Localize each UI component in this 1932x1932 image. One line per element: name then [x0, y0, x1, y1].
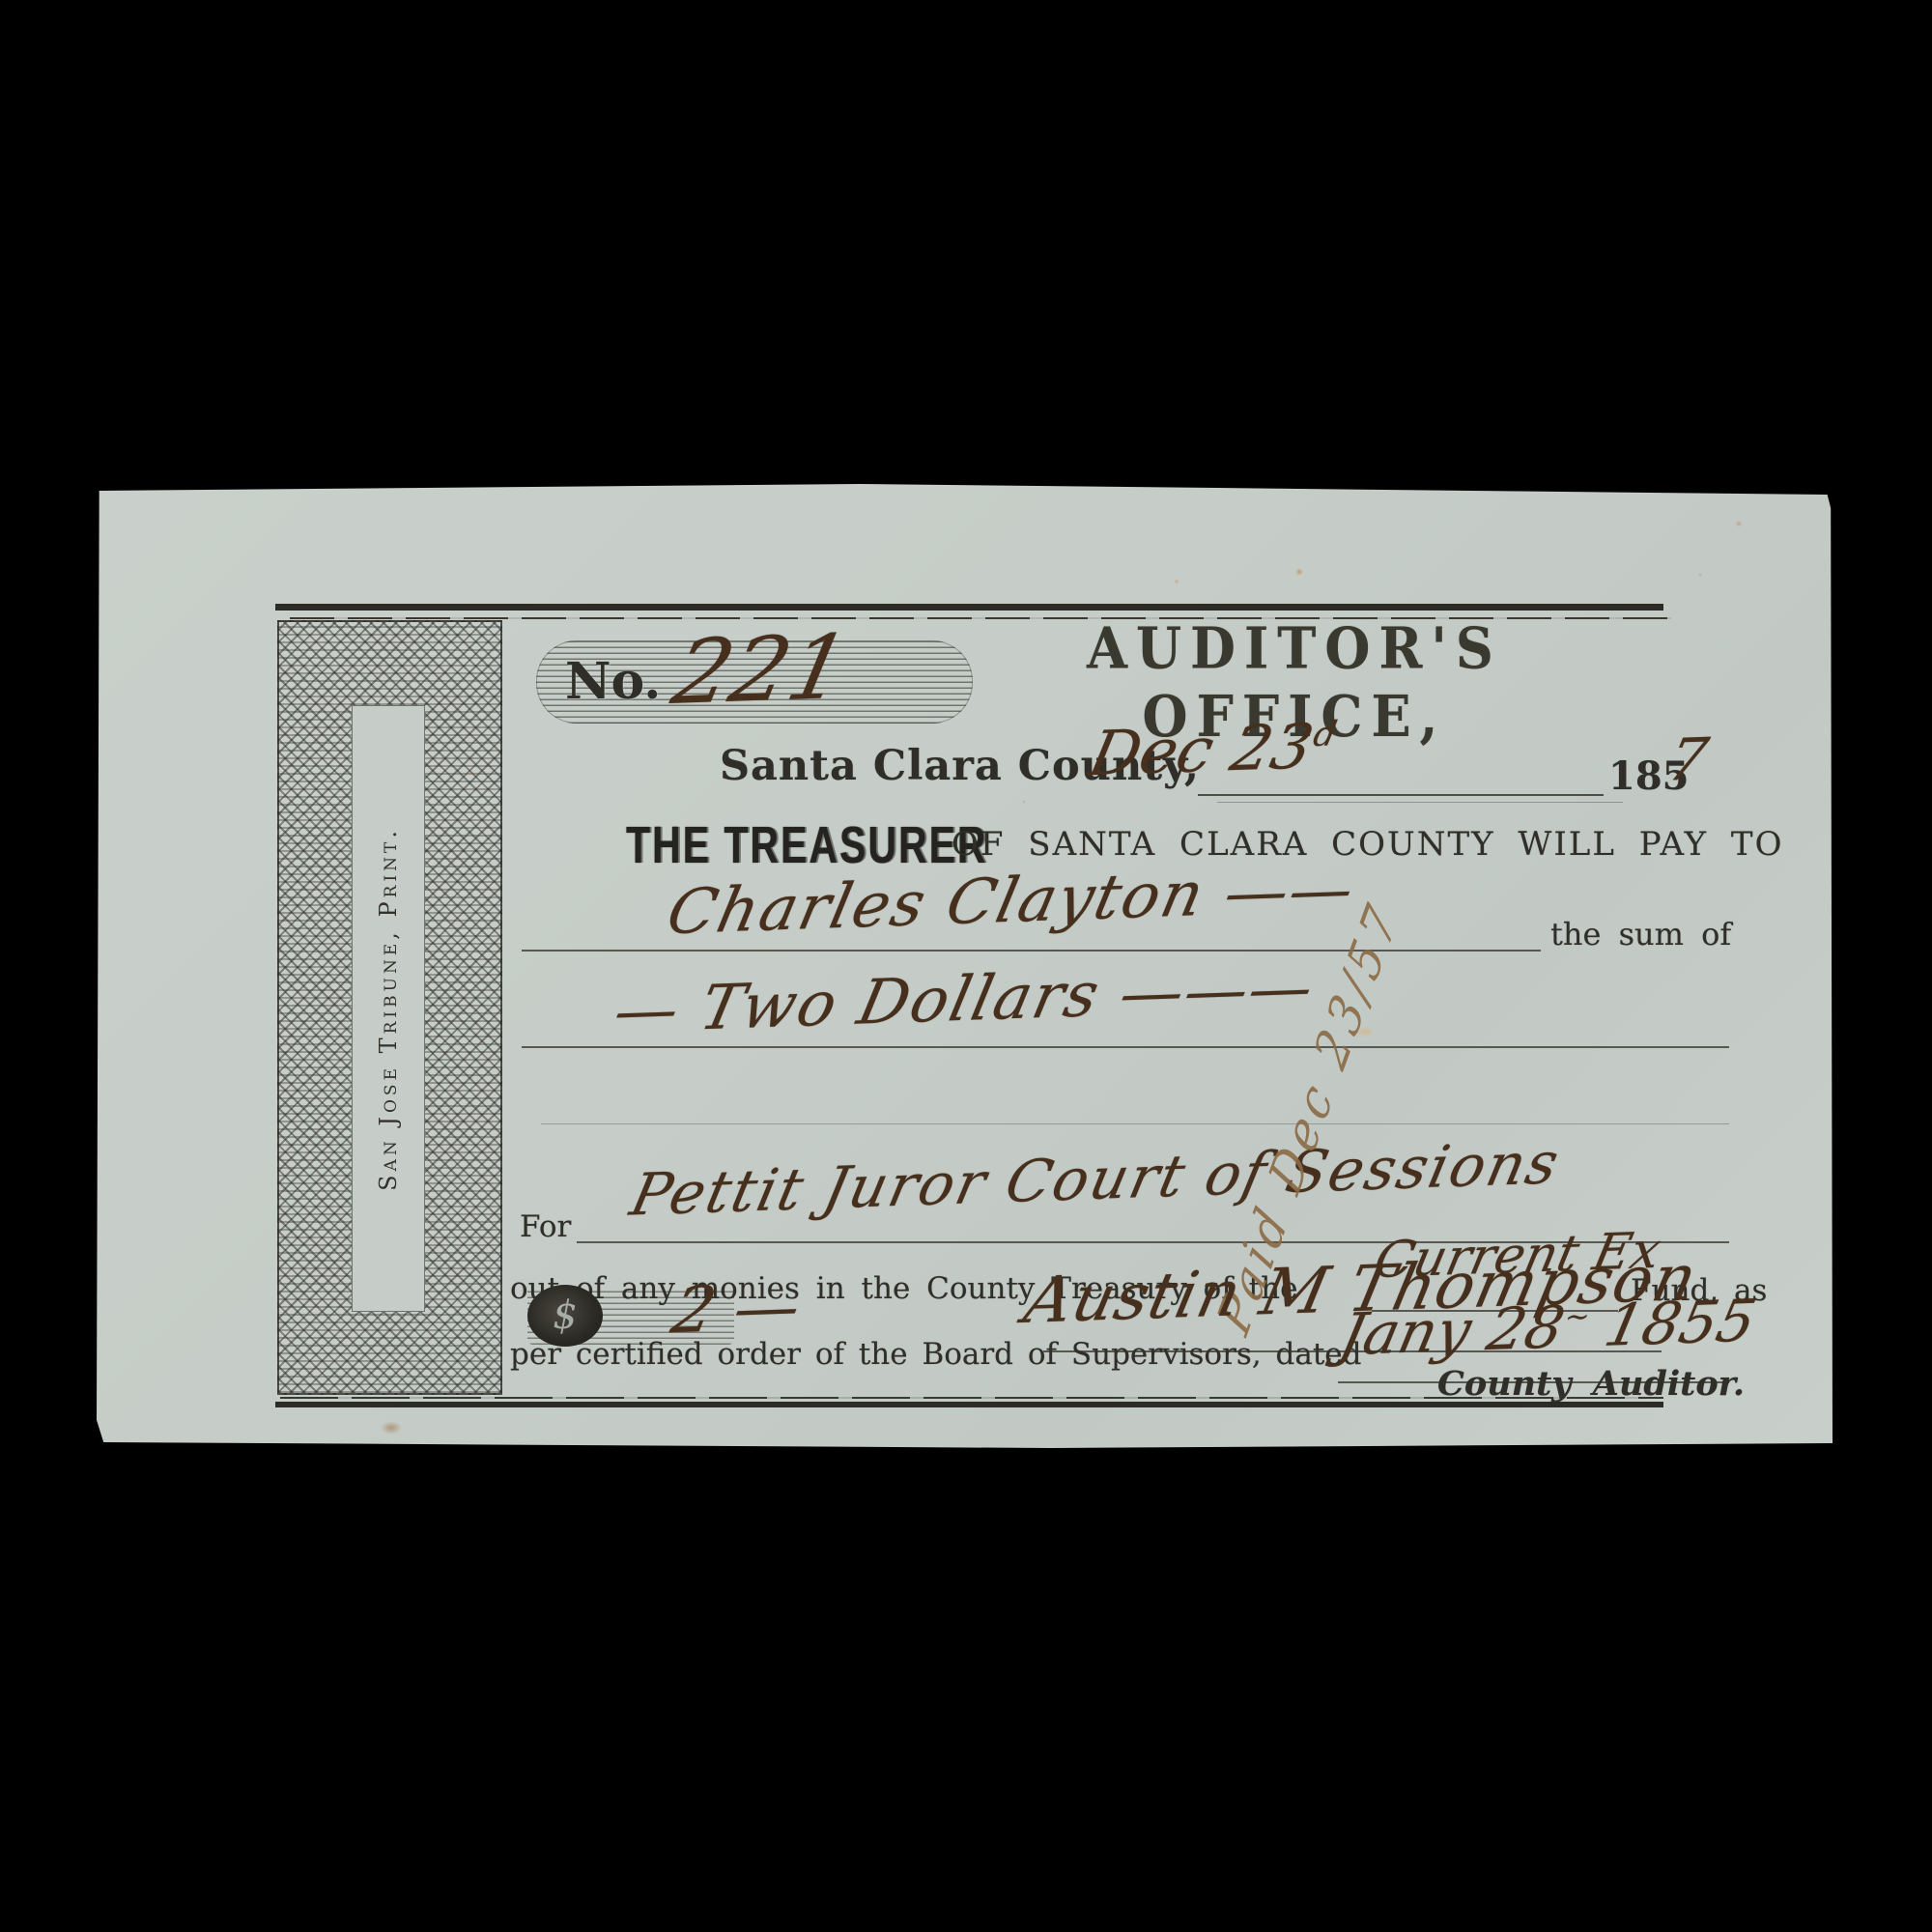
amount-figure-handwritten: 2 — [666, 1269, 808, 1348]
header-year-digit-handwritten: 7 [1662, 725, 1713, 794]
sum-of-label: the sum of [1550, 916, 1731, 952]
payee-ruled-line [522, 950, 1541, 952]
ornamental-lattice-border: San Jose Tribune, Print. [277, 620, 502, 1395]
amount-words-handwritten: — Two Dollars ——— [608, 952, 1321, 1048]
pay-to-text: OF SANTA CLARA COUNTY WILL PAY TO [952, 825, 1783, 864]
auditor-title: County Auditor. [1437, 1364, 1745, 1404]
warrant-document: San Jose Tribune, Print. No. 221 AUDITOR… [97, 483, 1833, 1449]
header-date-underline [1198, 794, 1604, 796]
amount-ruled-line [522, 1046, 1729, 1048]
purpose-handwritten: Pettit Juror Court of Sessions [625, 1129, 1567, 1229]
header-date-handwritten: Dec 23d [1083, 711, 1341, 791]
printer-credit: San Jose Tribune, Print. [375, 827, 402, 1191]
signature-ruled-line [1043, 1350, 1662, 1352]
treasurer-stamp: THE TREASURER [626, 815, 988, 875]
dollar-sign-oval: $ [527, 1285, 603, 1347]
printer-credit-channel: San Jose Tribune, Print. [352, 705, 425, 1312]
for-label: For [520, 1209, 571, 1244]
header-date-underline-faint [1217, 802, 1623, 803]
blank-ruled-line [541, 1123, 1729, 1124]
top-border-rule [275, 604, 1663, 611]
warrant-number-label: No. [565, 652, 661, 711]
dollar-sign-icon: $ [553, 1293, 577, 1338]
warrant-number-value: 221 [665, 615, 858, 724]
